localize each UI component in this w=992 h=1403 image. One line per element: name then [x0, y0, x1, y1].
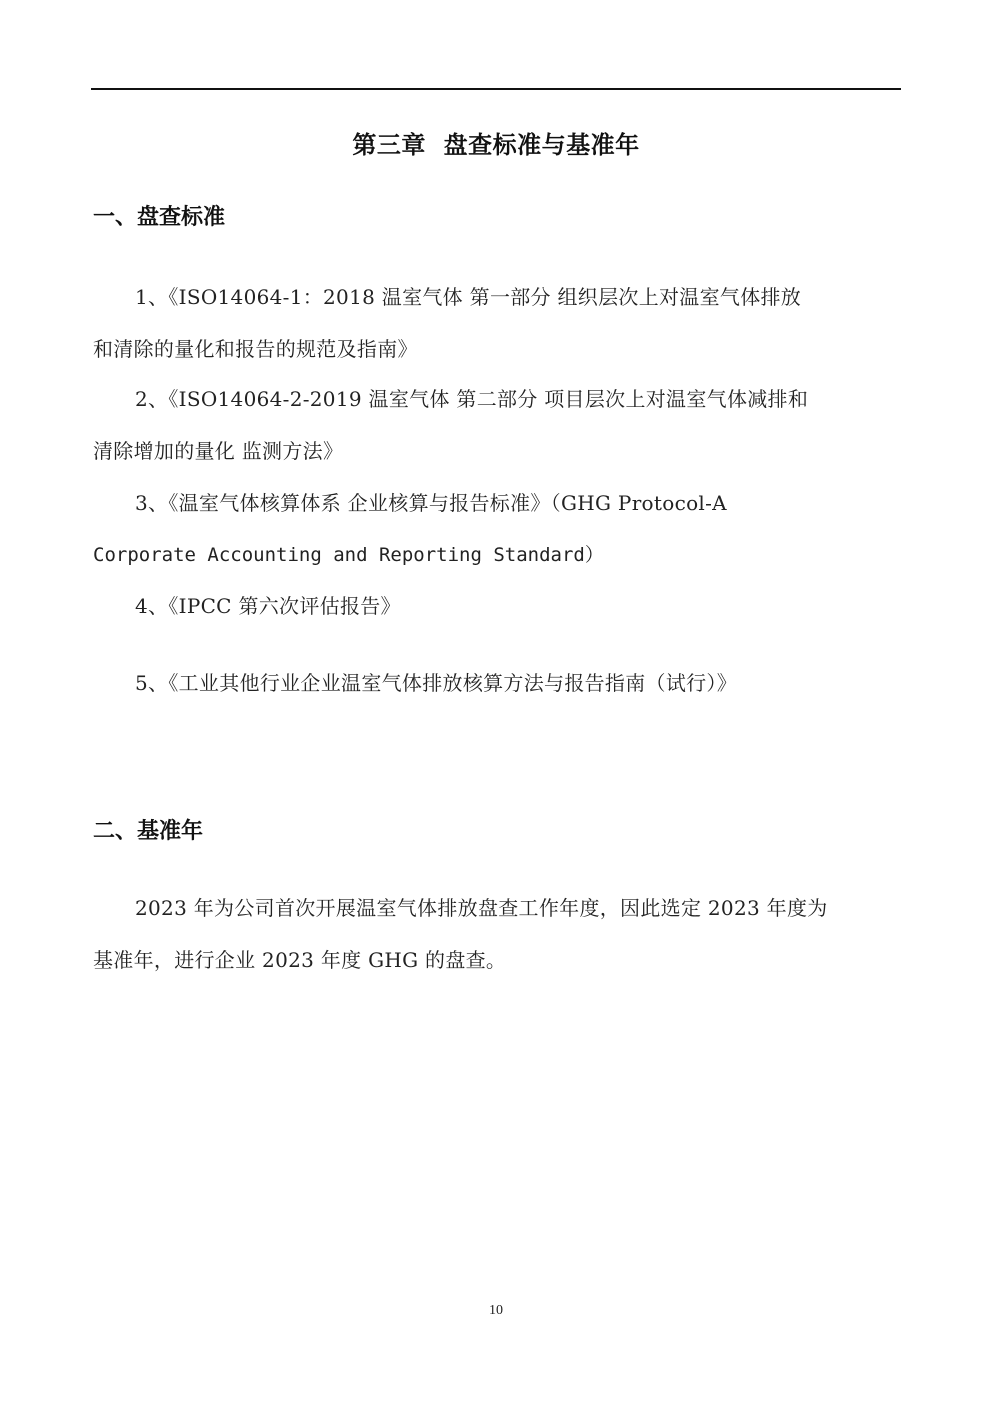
list-item-2-line-1: 2、《ISO14064-2-2019 温室气体 第二部分 项目层次上对温室气体减… — [135, 385, 808, 413]
section-heading-base-year: 二、基准年 — [93, 817, 203, 847]
section-heading-standards: 一、盘查标准 — [93, 203, 225, 233]
base-year-paragraph-line-1: 2023 年为公司首次开展温室气体排放盘查工作年度，因此选定 2023 年度为 — [135, 894, 828, 922]
list-item-1-line-1: 1、《ISO14064-1：2018 温室气体 第一部分 组织层次上对温室气体排… — [135, 283, 801, 311]
list-item-3-line-2: Corporate Accounting and Reporting Stand… — [93, 541, 604, 569]
page-number: 10 — [0, 1302, 992, 1320]
list-item-5-line-1: 5、《工业其他行业企业温室气体排放核算方法与报告指南（试行）》 — [135, 669, 737, 697]
list-item-3-line-1: 3、《温室气体核算体系 企业核算与报告标准》（GHG Protocol-A — [135, 489, 727, 517]
header-rule — [91, 88, 901, 90]
document-page: 第三章 盘查标准与基准年 一、盘查标准 1、《ISO14064-1：2018 温… — [0, 0, 992, 1403]
list-item-4-line-1: 4、《IPCC 第六次评估报告》 — [135, 592, 401, 620]
list-item-1-line-2: 和清除的量化和报告的规范及指南》 — [93, 335, 418, 363]
list-item-2-line-2: 清除增加的量化 监测方法》 — [93, 437, 343, 465]
base-year-paragraph-line-2: 基准年，进行企业 2023 年度 GHG 的盘查。 — [93, 946, 506, 974]
chapter-title: 第三章 盘查标准与基准年 — [0, 129, 992, 161]
